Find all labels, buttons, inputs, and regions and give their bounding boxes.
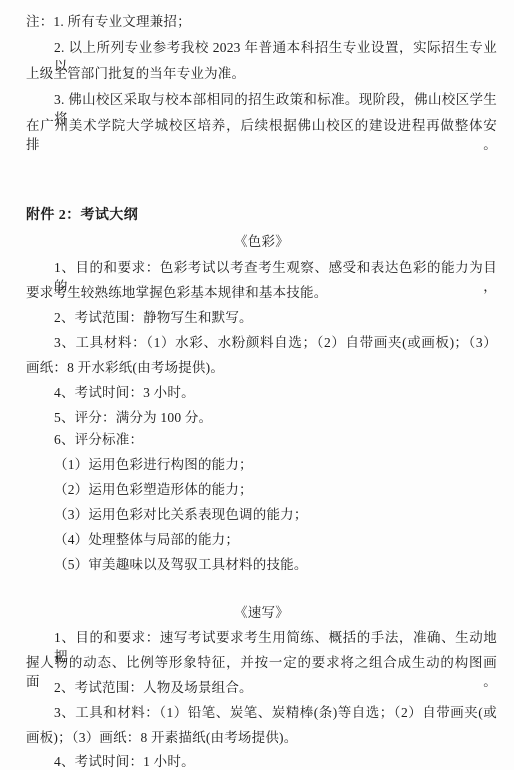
text-line: 4、考试时间：1 小时。: [54, 752, 195, 770]
text-line: 1、目的和要求：色彩考试以考查考生观察、感受和表达色彩的能力为目的，: [54, 258, 497, 277]
text-line: 2、考试范围：静物写生和默写。: [54, 308, 253, 327]
text-line: （4）处理整体与局部的能力；: [54, 530, 239, 549]
note-line: 在广州美术学院大学城校区培养，后续根据佛山校区的建设进程再做整体安排。: [26, 116, 497, 135]
text-line: 1、目的和要求：速写考试要求考生用简练、概括的手法，准确、生动地把: [54, 628, 497, 647]
document-page: 注：1. 所有专业文理兼招； 2. 以上所列专业参考我校 2023 年普通本科招…: [0, 0, 514, 770]
text-line: 5、评分：满分为 100 分。: [54, 408, 212, 427]
text-line: （5）审美趣味以及驾驭工具材料的技能。: [54, 555, 308, 574]
text-line: （3）运用色彩对比关系表现色调的能力；: [54, 505, 308, 524]
text-line: 画纸：8 开水彩纸(由考场提供)。: [26, 358, 224, 377]
sketch-exam-title: 《速写》: [26, 603, 497, 622]
attachment-heading: 附件 2：考试大纲: [26, 206, 138, 225]
text-line: 3、工具和材料：（1）铅笔、炭笔、炭精棒(条)等自选；（2）自带画夹(或: [54, 703, 497, 722]
text-line: 6、评分标准：: [54, 430, 143, 449]
note-line: 2. 以上所列专业参考我校 2023 年普通本科招生专业设置，实际招生专业以: [54, 38, 497, 57]
text-line: 画板)；（3）画纸：8 开素描纸(由考场提供)。: [26, 728, 297, 747]
text-line: 2、考试范围：人物及场景组合。: [54, 678, 253, 697]
color-exam-title: 《色彩》: [26, 232, 497, 251]
text-line: 4、考试时间：3 小时。: [54, 383, 195, 402]
text-line: 要求考生较熟练地掌握色彩基本规律和基本技能。: [26, 283, 327, 302]
text-line: 3、工具材料：（1）水彩、水粉颜料自选；（2）自带画夹(或画板)；（3）: [54, 333, 497, 352]
note-line: 3. 佛山校区采取与校本部相同的招生政策和标准。现阶段，佛山校区学生将: [54, 90, 497, 109]
note-line: 注：1. 所有专业文理兼招；: [26, 12, 191, 31]
text-line: 握人物的动态、比例等形象特征，并按一定的要求将之组合成生动的构图画面。: [26, 653, 497, 672]
note-line: 上级主管部门批复的当年专业为准。: [26, 64, 245, 83]
text-line: （1）运用色彩进行构图的能力；: [54, 455, 253, 474]
text-line: （2）运用色彩塑造形体的能力；: [54, 480, 253, 499]
